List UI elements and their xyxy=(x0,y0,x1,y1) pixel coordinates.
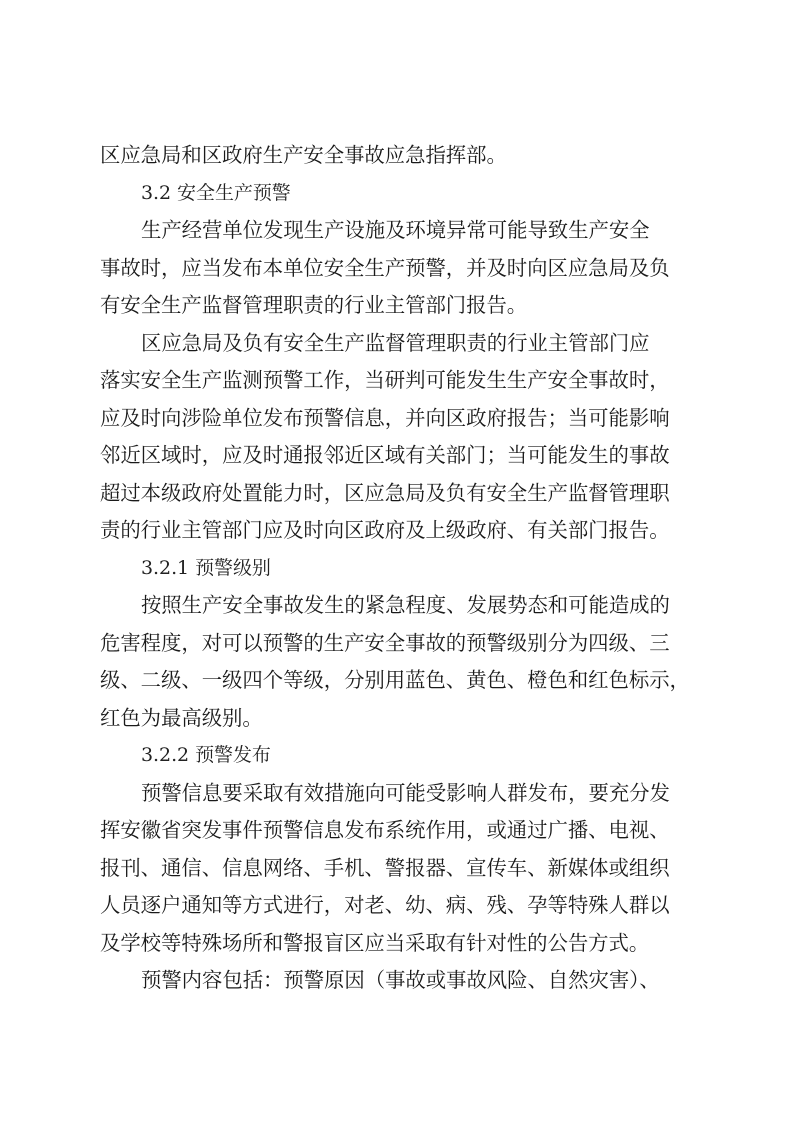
text-line: 报刊、通信、信息网络、手机、警报器、宣传车、新媒体或组织 xyxy=(100,855,700,881)
section-heading: 3.2 安全生产预警 xyxy=(141,180,741,206)
text-line: 事故时，应当发布本单位安全生产预警，并及时向区应急局及负 xyxy=(100,255,700,281)
text-line: 红色为最高级别。 xyxy=(100,705,700,731)
paragraph-first-line: 预警信息要采取有效措施向可能受影响人群发布，要充分发 xyxy=(141,780,741,806)
paragraph-first-line: 预警内容包括：预警原因（事故或事故风险、自然灾害）、 xyxy=(141,967,741,993)
text-line: 级、二级、一级四个等级，分别用蓝色、黄色、橙色和红色标示， xyxy=(100,667,700,693)
text-line: 邻近区域时，应及时通报邻近区域有关部门；当可能发生的事故 xyxy=(100,442,700,468)
text-line: 落实安全生产监测预警工作，当研判可能发生生产安全事故时， xyxy=(100,367,700,393)
text-line: 及学校等特殊场所和警报盲区应当采取有针对性的公告方式。 xyxy=(100,930,700,956)
text-line: 危害程度，对可以预警的生产安全事故的预警级别分为四级、三 xyxy=(100,630,700,656)
paragraph-first-line: 生产经营单位发现生产设施及环境异常可能导致生产安全 xyxy=(141,217,741,243)
text-line: 应及时向涉险单位发布预警信息，并向区政府报告；当可能影响 xyxy=(100,405,700,431)
text-line: 责的行业主管部门应及时向区政府及上级政府、有关部门报告。 xyxy=(100,517,700,543)
document-page: 区应急局和区政府生产安全事故应急指挥部。 3.2 安全生产预警 生产经营单位发现… xyxy=(0,0,793,1122)
text-line: 挥安徽省突发事件预警信息发布系统作用，或通过广播、电视、 xyxy=(100,817,700,843)
text-line: 超过本级政府处置能力时，区应急局及负有安全生产监督管理职 xyxy=(100,480,700,506)
text-line: 有安全生产监督管理职责的行业主管部门报告。 xyxy=(100,292,700,318)
paragraph-first-line: 按照生产安全事故发生的紧急程度、发展势态和可能造成的 xyxy=(141,592,741,618)
text-line: 区应急局和区政府生产安全事故应急指挥部。 xyxy=(100,142,700,168)
subsection-heading: 3.2.1 预警级别 xyxy=(141,555,741,581)
text-line: 人员逐户通知等方式进行，对老、幼、病、残、孕等特殊人群以 xyxy=(100,892,700,918)
paragraph-first-line: 区应急局及负有安全生产监督管理职责的行业主管部门应 xyxy=(141,330,741,356)
subsection-heading: 3.2.2 预警发布 xyxy=(141,742,741,768)
